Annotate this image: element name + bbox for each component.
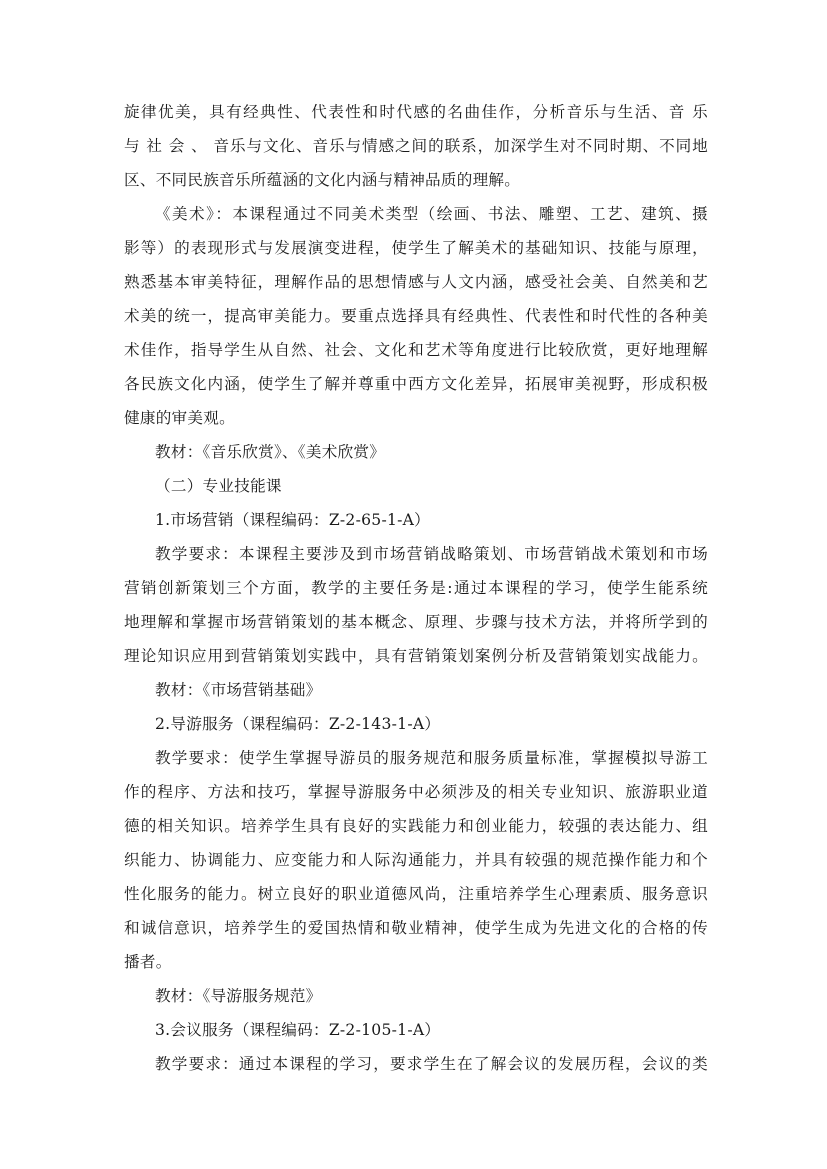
text-line: 术美的统一，提高审美能力。要重点选择具有经典性、代表性和时代性的各种美 [124,299,708,333]
text-line: 理论知识应用到营销策划实践中，具有营销策划案例分析及营销策划实战能力。 [124,639,708,673]
course-title: 1.市场营销（课程编码：Z-2-65-1-A） [155,503,430,537]
text-line: 营销创新策划三个方面，教学的主要任务是:通过本课程的学习，使学生能系统 [124,571,708,605]
text-line: 区、不同民族音乐所蕴涵的文化内涵与精神品质的理解。 [124,163,520,197]
text-line: 和诚信意识，培养学生的爱国热情和敬业精神，使学生成为先进文化的合格的传 [124,911,708,945]
text-line: 旋律优美，具有经典性、代表性和时代感的名曲佳作，分析音乐与生活、音 乐 [124,95,708,129]
text-line: 健康的审美观。 [124,401,235,435]
section-heading: （二）专业技能课 [155,469,282,503]
textbook-line: 教材：《导游服务规范》 [155,979,321,1013]
text-line: 织能力、协调能力、应变能力和人际沟通能力，并具有较强的规范操作能力和个 [124,843,708,877]
text-line: 作的程序、方法和技巧，掌握导游服务中必须涉及的相关专业知识、旅游职业道 [124,775,708,809]
text-line: 教学要求：使学生掌握导游员的服务规范和服务质量标准，掌握模拟导游工 [155,741,708,775]
text-line: 德的相关知识。培养学生具有良好的实践能力和创业能力，较强的表达能力、组 [124,809,708,843]
text-line: 与 社 会 、 音乐与文化、音乐与情感之间的联系，加深学生对不同时期、不同地 [124,129,708,163]
textbook-line: 教材：《市场营销基础》 [155,673,321,707]
text-line: 教学要求：本课程主要涉及到市场营销战略策划、市场营销战术策划和市场 [155,537,708,571]
text-line: 地理解和掌握市场营销策划的基本概念、原理、步骤与技术方法，并将所学到的 [124,605,708,639]
course-title: 2.导游服务（课程编码：Z-2-143-1-A） [155,707,440,741]
course-title: 3.会议服务（课程编码：Z-2-105-1-A） [155,1013,440,1047]
text-line: 《美术》：本课程通过不同美术类型（绘画、书法、雕塑、工艺、建筑、摄 [155,197,708,231]
text-line: 影等）的表现形式与发展演变进程，使学生了解美术的基础知识、技能与原理， [124,231,708,265]
text-line: 熟悉基本审美特征，理解作品的思想情感与人文内涵，感受社会美、自然美和艺 [124,265,708,299]
text-line: 教学要求：通过本课程的学习，要求学生在了解会议的发展历程，会议的类 [155,1047,708,1081]
textbook-line: 教材：《音乐欣赏》、《美术欣赏》 [155,435,385,469]
text-line: 各民族文化内涵，使学生了解并尊重中西方文化差异，拓展审美视野，形成积极 [124,367,708,401]
text-line: 术佳作，指导学生从自然、社会、文化和艺术等角度进行比较欣赏，更好地理解 [124,333,708,367]
text-line: 性化服务的能力。树立良好的职业道德风尚，注重培养学生心理素质、服务意识 [124,877,708,911]
text-line: 播者。 [124,945,172,979]
